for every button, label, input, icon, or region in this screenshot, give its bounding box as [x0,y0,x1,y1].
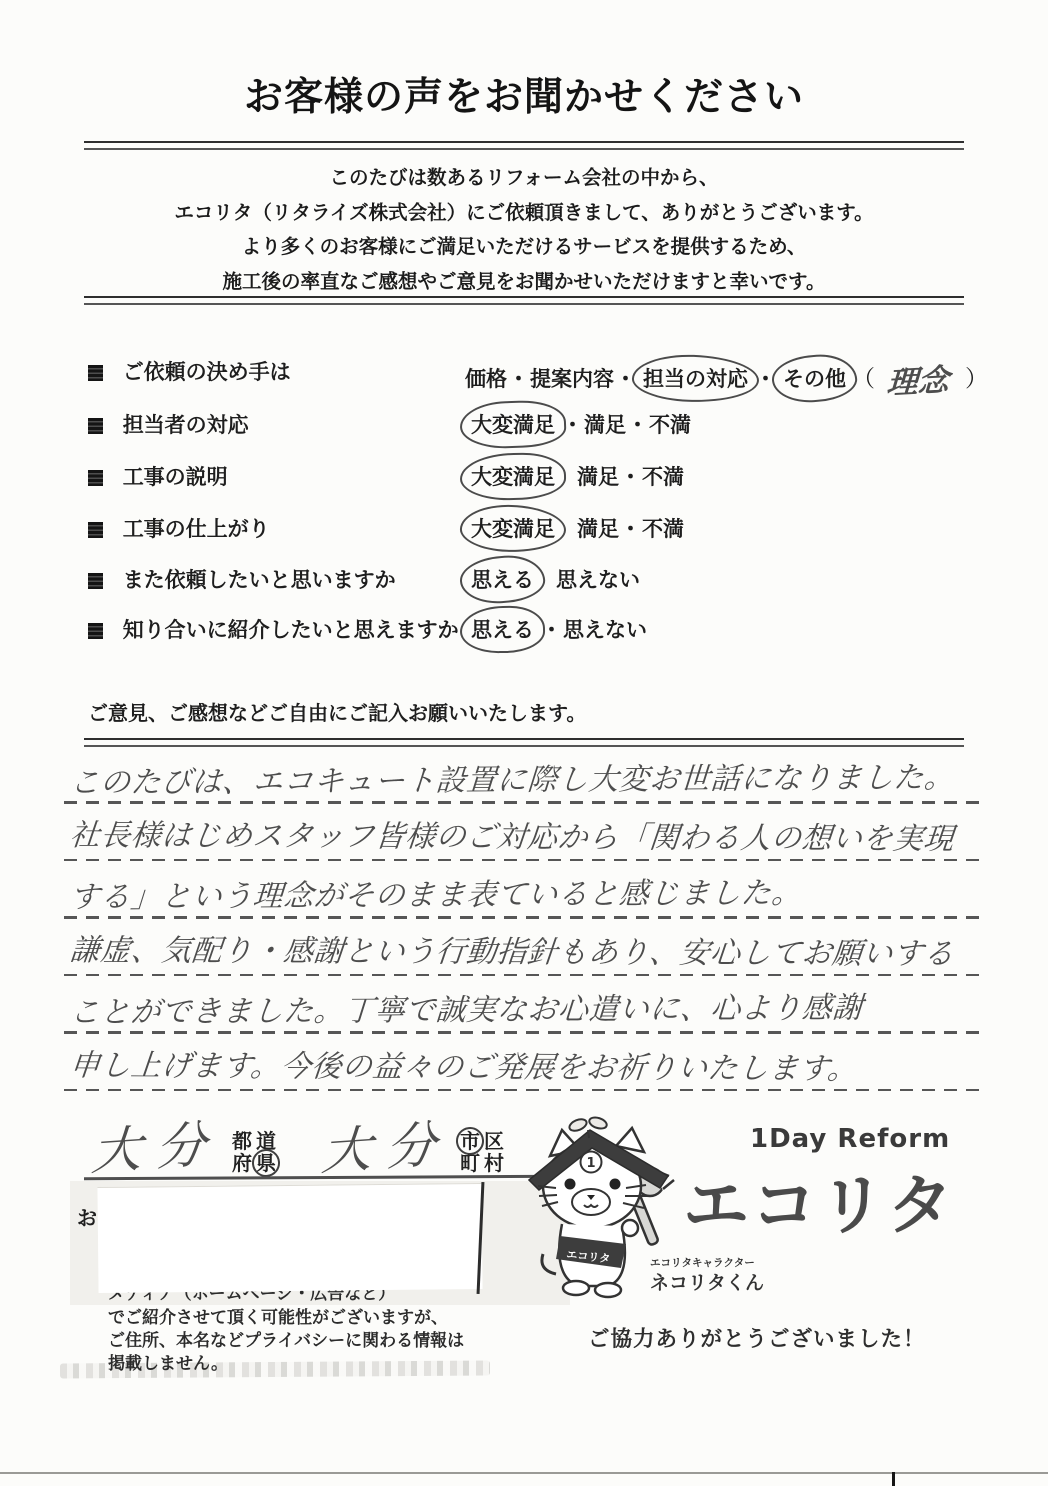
question-label: 工事の説明 [123,465,228,489]
square-bullet-icon [88,623,103,639]
survey-question-row: 知り合いに紹介したいと思えますか 思える・思えない [88,614,1018,656]
sprout-stem [588,1130,589,1138]
question-label: また依頼したいと思いますか [123,568,396,592]
square-bullet-icon [88,522,103,538]
comment-line: このたびは、エコキュート設置に際し大変お世話になりました。 [64,746,986,804]
city-unit: 市 区 町 村 [460,1130,504,1174]
survey-option: 不満 [642,517,684,541]
thanks-message: ご協力ありがとうございました！ [588,1322,926,1353]
comment-line: 申し上げます。今後の益々のご発展をお祈りいたします。 [64,1034,986,1092]
comment-line: ことができました。丁寧で誠実なお心遣いに、心より感謝 [64,976,986,1034]
cat-foot [595,1283,621,1297]
scanned-survey-page: お客様の声をお聞かせください このたびは数あるリフォーム会社の中から、 エコリタ… [0,0,1048,1486]
comment-prompt: ご意見、ご感想などご自由にご記入お願いいたします。 [88,697,586,726]
question-label: 知り合いに紹介したいと思えますか [123,618,459,642]
survey-option-selected: 担当の対応 [640,363,751,393]
unit-char: 府 [232,1152,252,1174]
square-bullet-icon [88,470,103,486]
survey-option-selected: 大変満足 [468,409,558,439]
option-separator: ・ [620,465,641,489]
sprout-leaf [588,1116,608,1131]
scan-edge-line [0,1472,1048,1474]
unit-char: 都 [232,1130,252,1152]
survey-option: 不満 [642,465,684,489]
handwritten-answer: 理念 [886,354,951,402]
survey-option: 提案内容 [530,367,614,391]
survey-option-selected: 思える [468,564,537,594]
question-options: 価格・提案内容・担当の対応・その他（理念） [465,356,988,401]
mascot-caption-name: ネコリタくん [650,1268,764,1295]
survey-question-row: 担当者の対応 大変満足・満足・不満 [88,409,1018,451]
question-label: ご依頼の決め手は [123,360,291,384]
comment-line: 社長様はじめスタッフ皆様のご対応から「関わる人の想いを実現 [64,804,986,862]
option-separator: ・ [620,517,641,541]
unit-char: 町 [460,1152,480,1174]
unit-char: 区 [484,1130,504,1152]
survey-option: 思えない [556,568,640,592]
survey-option-selected: 思える [468,614,537,644]
privacy-notice-line: でご紹介させて頂く可能性がございますが、 [108,1303,448,1328]
question-label: 担当者の対応 [123,413,249,437]
prefecture-handwritten: 大分 [90,1104,223,1185]
handwritten-text: ことができました。丁寧で誠実なお心遣いに、心より感謝 [68,982,864,1031]
unit-char: 村 [484,1152,504,1174]
handwritten-text: する」という理念がそのまま表ていると感じました。 [68,867,803,915]
survey-option: 満足 [577,517,619,541]
unit-char-selected: 市 [460,1130,480,1152]
intro-line: 施工後の率直なご感想やご意見をお聞かせいただけますと幸いです。 [0,265,1048,300]
handwritten-comment-block: このたびは、エコキュート設置に際し大変お世話になりました。 社長様はじめスタッフ… [64,746,986,1091]
cat-muzzle [572,1189,610,1215]
question-options: 大変満足満足・不満 [465,461,684,491]
survey-option-selected: 大変満足 [468,461,558,491]
question-options: 大変満足・満足・不満 [465,409,691,439]
handwritten-text: 申し上げます。今後の益々のご発展をお祈りいたします。 [68,1040,860,1087]
handwritten-text: 社長様はじめスタッフ皆様のご対応から「関わる人の想いを実現 [68,810,956,858]
cat-tail [542,1254,556,1274]
survey-option: 思えない [563,618,647,642]
survey-option-selected: 大変満足 [468,513,558,543]
survey-question-row: また依頼したいと思いますか 思える思えない [88,564,1018,606]
option-separator: ・ [627,413,648,437]
question-options: 思える思えない [465,564,640,594]
scan-artifact-tick [892,1472,895,1486]
cat-paw [622,1220,638,1236]
name-field-label: お [77,1202,97,1231]
paren-close: ） [965,366,988,392]
privacy-notice-line: 掲載しません。 [108,1349,228,1374]
question-label: 工事の仕上がり [123,517,270,541]
survey-question-row: ご依頼の決め手は 価格・提案内容・担当の対応・その他（理念） [88,356,1018,398]
divider-top [84,141,964,150]
cat-eye-left [565,1179,576,1190]
divider-intro [84,296,964,305]
intro-paragraph: このたびは数あるリフォーム会社の中から、 エコリタ（リタライズ株式会社）にご依頼… [0,161,1048,299]
survey-question-row: 工事の仕上がり 大変満足満足・不満 [88,513,1018,555]
survey-option: 満足 [577,465,619,489]
handwritten-text: 謙虚、気配り・感謝という行動指針もあり、安心してお願いする [68,925,956,973]
logo-tagline: 1Day Reform [750,1124,950,1154]
intro-line: このたびは数あるリフォーム会社の中から、 [0,161,1048,196]
intro-line: エコリタ（リタライズ株式会社）にご依頼頂きまして、ありがとうございます。 [0,196,1048,231]
address-row: 大分 都 道 府 県 大分 市 区 町 村 [92,1104,504,1180]
survey-option: 価格 [465,367,507,391]
sprout-leaf [568,1117,588,1133]
badge-number: 1 [586,1156,595,1171]
page-title: お客様の声をお聞かせください [0,66,1048,122]
cat-eye-right [610,1179,621,1190]
city-handwritten: 大分 [320,1104,453,1185]
cat-foot [563,1281,589,1295]
privacy-notice-line: ご住所、本名などプライバシーに関わる情報は [108,1326,464,1351]
intro-line: より多くのお客様にご満足いただけるサービスを提供するため、 [0,230,1048,265]
square-bullet-icon [88,573,103,589]
survey-question-row: 工事の説明 大変満足満足・不満 [88,461,1018,503]
prefecture-unit: 都 道 府 県 [232,1130,276,1174]
square-bullet-icon [88,418,103,434]
survey-option-selected: その他 [780,363,849,393]
handwritten-text: このたびは、エコキュート設置に際し大変お世話になりました。 [68,752,956,801]
comment-line: 謙虚、気配り・感謝という行動指針もあり、安心してお願いする [64,919,986,977]
logo-brand: エコリタ [683,1152,955,1247]
survey-option: 不満 [649,413,691,437]
square-bullet-icon [88,365,103,381]
unit-char-selected: 県 [256,1152,276,1174]
redaction-whiteout [97,1183,482,1293]
question-options: 思える・思えない [465,614,647,644]
survey-option: 満足 [584,413,626,437]
comment-line: する」という理念がそのまま表ていると感じました。 [64,861,986,919]
option-separator: ・ [508,367,529,391]
question-options: 大変満足満足・不満 [465,513,684,543]
